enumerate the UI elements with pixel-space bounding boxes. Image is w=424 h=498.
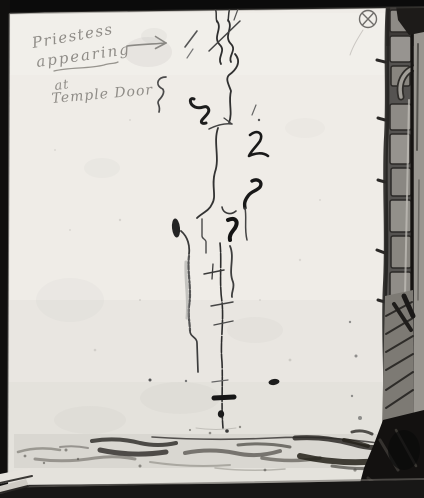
sketchbook-photo: Priestess appearing at Temple Door bbox=[0, 0, 424, 498]
photo-canvas: Priestess appearing at Temple Door bbox=[0, 0, 424, 498]
hatched-floor-sketch bbox=[382, 290, 414, 428]
